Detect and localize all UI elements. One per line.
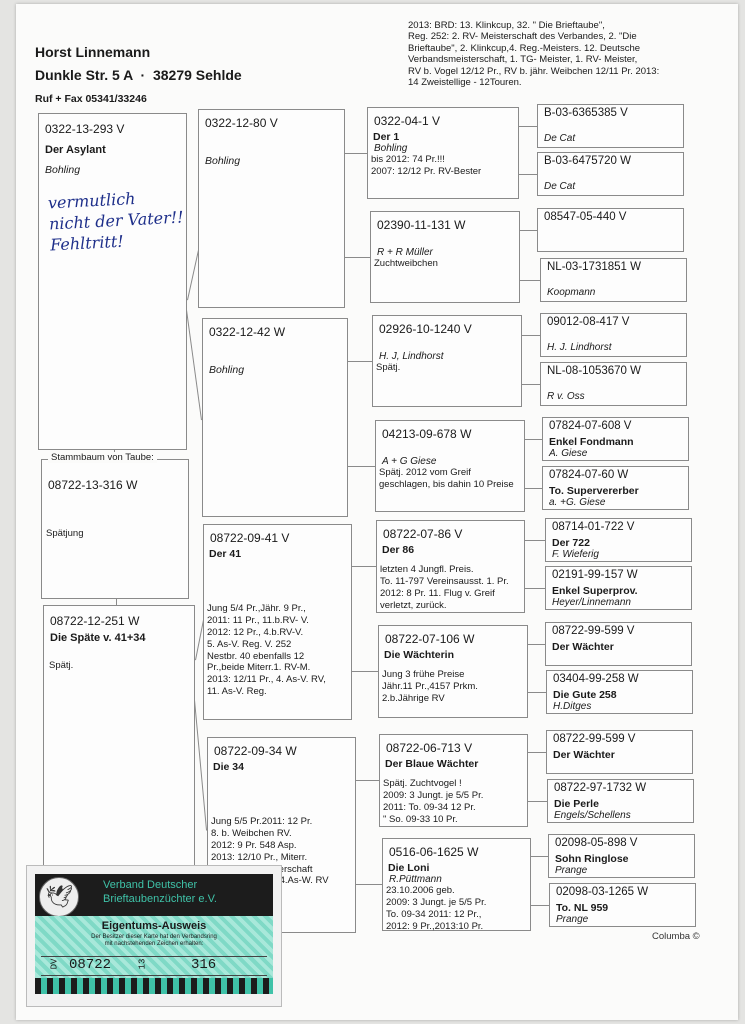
pigeon-name: Die Späte v. 41+34: [50, 632, 146, 644]
card-body: Eigentums-Ausweis Der Besitzer dieser Ka…: [35, 916, 273, 994]
pedigree-box[interactable]: 07824-07-608 VEnkel FondmannA. Giese: [542, 417, 689, 461]
connector-line: [348, 466, 375, 467]
pigeon-name: Die 34: [213, 761, 244, 773]
pigeon-notes: Spätjung: [46, 528, 84, 540]
footer-credit: Columba ©: [652, 931, 700, 942]
breeder-name: De Cat: [544, 181, 575, 192]
pedigree-box[interactable]: 08722-99-599 VDer Wächter: [545, 622, 692, 666]
breeder-name: Koopmann: [547, 287, 595, 298]
breeder-name: H.Ditges: [553, 701, 591, 712]
card-year: 13: [137, 959, 147, 970]
ring-number: NL-03-1731851 W: [547, 261, 641, 273]
breeder-name: Engels/Schellens: [554, 810, 631, 821]
connector-line: [345, 257, 370, 258]
connector-line: [352, 671, 378, 672]
ring-number: 02390-11-131 W: [377, 218, 466, 232]
pedigree-box[interactable]: 0516-06-1625 WDie LoniR.Püttmann23.10.20…: [382, 838, 531, 931]
ring-number: 08722-13-316 W: [48, 478, 137, 492]
pigeon-name: Der Asylant: [45, 144, 106, 156]
pedigree-box[interactable]: 04213-09-678 WA + G GieseSpätj. 2012 vom…: [375, 420, 525, 512]
pedigree-box[interactable]: NL-08-1053670 WR v. Oss: [540, 362, 687, 406]
pedigree-box[interactable]: 02098-05-898 VSohn RinglosePrange: [548, 834, 695, 878]
ring-number: 07824-07-60 W: [549, 469, 628, 481]
pigeon-name: Enkel Fondmann: [549, 436, 634, 448]
ring-number: 08722-06-713 V: [386, 741, 472, 755]
pedigree-box[interactable]: 07824-07-60 WTo. Supervererbera. +G. Gie…: [542, 466, 689, 510]
ring-number: 03404-99-258 W: [553, 673, 639, 685]
ring-number: 0516-06-1625 W: [389, 845, 478, 859]
pedigree-box[interactable]: 08547-05-440 V: [537, 208, 684, 252]
breeder-name: H. J, Lindhorst: [379, 351, 443, 362]
card-organization: Verband Deutscher Brieftaubenzüchter e.V…: [103, 878, 217, 907]
ring-number: 0322-13-293 V: [45, 122, 124, 136]
pigeon-name: Die Perle: [554, 798, 599, 810]
connector-line: [522, 335, 540, 336]
pedigree-box[interactable]: 02390-11-131 WR + R MüllerZuchtweibchen: [370, 211, 520, 303]
pedigree-box[interactable]: 02191-99-157 WEnkel Superprov.Heyer/Linn…: [545, 566, 692, 610]
card-prefix: DV: [49, 959, 59, 970]
pedigree-box[interactable]: 0322-12-42 WBohling: [202, 318, 348, 517]
breeder-name: Bohling: [209, 364, 244, 376]
pigeon-name: To. NL 959: [556, 902, 608, 914]
pedigree-box[interactable]: 02098-03-1265 WTo. NL 959Prange: [549, 883, 696, 927]
pedigree-box[interactable]: 08722-06-713 VDer Blaue WächterSpätj. Zu…: [379, 734, 528, 827]
card-pattern-band: [35, 978, 273, 994]
ring-number: 08547-05-440 V: [544, 211, 626, 223]
handwritten-note: vermutlich nicht der Vater!! Fehltritt!: [47, 187, 185, 256]
pigeon-icon: 🕊: [39, 877, 79, 917]
ring-number: 08722-09-41 V: [210, 531, 289, 545]
pigeon-notes: 23.10.2006 geb. 2009: 3 Jungt. je 5/5 Pr…: [386, 885, 486, 933]
sire-box[interactable]: 0322-13-293 V Der Asylant Bohling vermut…: [38, 113, 187, 450]
connector-line: [352, 566, 376, 567]
dam-box[interactable]: 08722-12-251 W Die Späte v. 41+34 Spätj.: [43, 605, 195, 875]
pedigree-box[interactable]: 08714-01-722 VDer 722F. Wieferig: [545, 518, 692, 562]
pigeon-name: Der Wächter: [553, 749, 615, 761]
connector-line: [528, 752, 546, 753]
ring-number: 0322-12-80 V: [205, 116, 278, 130]
ownership-card: 🕊 Verband Deutscher Brieftaubenzüchter e…: [26, 865, 282, 1007]
pedigree-box[interactable]: 08722-07-86 VDer 86letzten 4 Jungfl. Pre…: [376, 520, 525, 613]
connector-line: [528, 644, 545, 645]
connector-line: [519, 174, 537, 175]
ring-number: 02191-99-157 W: [552, 569, 638, 581]
pigeon-name: Der Blaue Wächter: [385, 758, 478, 770]
card-header: 🕊 Verband Deutscher Brieftaubenzüchter e…: [35, 874, 273, 916]
ring-number: 0322-12-42 W: [209, 325, 285, 339]
ring-number: 04213-09-678 W: [382, 427, 471, 441]
connector-line: [525, 439, 542, 440]
breeder-name: H. J. Lindhorst: [547, 342, 611, 353]
breeder-name: Bohling: [45, 164, 80, 176]
ring-number: 07824-07-608 V: [549, 420, 631, 432]
ring-number: 08722-12-251 W: [50, 614, 139, 628]
breeder-name: Bohling: [374, 143, 407, 154]
pedigree-box[interactable]: NL-03-1731851 WKoopmann: [540, 258, 687, 302]
pedigree-box[interactable]: 08722-09-41 VDer 41Jung 5/4 Pr.,Jähr. 9 …: [203, 524, 352, 720]
breeder-name: Heyer/Linnemann: [552, 597, 631, 608]
ring-number: B-03-6365385 V: [544, 107, 628, 119]
pedigree-box[interactable]: 09012-08-417 VH. J. Lindhorst: [540, 313, 687, 357]
pedigree-box[interactable]: 03404-99-258 WDie Gute 258H.Ditges: [546, 670, 693, 714]
pedigree-box[interactable]: 02926-10-1240 VH. J, LindhorstSpätj.: [372, 315, 522, 407]
connector-line: [528, 801, 547, 802]
connector-line: [531, 856, 548, 857]
ring-number: 08722-99-599 V: [552, 625, 634, 637]
owner-phone: Ruf + Fax 05341/33246: [35, 93, 147, 105]
pigeon-name: Der 86: [382, 544, 414, 556]
connector-line: [525, 488, 542, 489]
card-title: Eigentums-Ausweis: [35, 920, 273, 932]
pedigree-box[interactable]: 0322-04-1 VDer 1Bohlingbis 2012: 74 Pr.!…: [367, 107, 519, 199]
connector-line: [520, 230, 537, 231]
subject-label: Stammbaum von Taube:: [48, 452, 157, 463]
pedigree-box[interactable]: 0322-12-80 VBohling: [198, 109, 345, 308]
pedigree-box[interactable]: B-03-6365385 VDe Cat: [537, 104, 684, 148]
achievements-text: 2013: BRD: 13. Klinkcup, 32. " Die Brief…: [408, 20, 708, 88]
pigeon-name: Der 1: [373, 131, 399, 143]
pigeon-notes: Spätj.: [49, 660, 73, 672]
connector-line: [525, 588, 545, 589]
breeder-name: A. Giese: [549, 448, 587, 459]
ring-number: B-03-6475720 W: [544, 155, 631, 167]
pedigree-box[interactable]: 08722-99-599 VDer Wächter: [546, 730, 693, 774]
pigeon-notes: Spätj. Zuchtvogel ! 2009: 3 Jungt. je 5/…: [383, 778, 483, 826]
pedigree-box[interactable]: 08722-07-106 WDie WächterinJung 3 frühe …: [378, 625, 528, 718]
pedigree-box[interactable]: B-03-6475720 WDe Cat: [537, 152, 684, 196]
pedigree-box[interactable]: 08722-97-1732 WDie PerleEngels/Schellens: [547, 779, 694, 823]
pigeon-name: Enkel Superprov.: [552, 585, 638, 597]
breeder-name: F. Wieferig: [552, 549, 599, 560]
connector-line: [520, 280, 540, 281]
ring-number: 08722-09-34 W: [214, 744, 297, 758]
breeder-name: R v. Oss: [547, 391, 585, 402]
subject-box[interactable]: 08722-13-316 W Spätjung: [41, 459, 189, 599]
pigeon-name: Die Wächterin: [384, 649, 454, 661]
ring-number: NL-08-1053670 W: [547, 365, 641, 377]
connector-line: [356, 780, 379, 781]
connector-line: [356, 884, 382, 885]
breeder-name: Bohling: [205, 155, 240, 167]
card-ring-number: DV 08722 13 316: [41, 956, 267, 976]
card-number: 316: [191, 957, 216, 973]
ring-number: 02098-03-1265 W: [556, 886, 648, 898]
ring-number: 08722-07-86 V: [383, 527, 462, 541]
pigeon-name: Der 41: [209, 548, 241, 560]
pigeon-name: To. Supervererber: [549, 485, 639, 497]
pigeon-name: Die Gute 258: [553, 689, 617, 701]
pigeon-notes: Zuchtweibchen: [374, 258, 438, 270]
owner-address: Dunkle Str. 5 A · 38279 Sehlde: [35, 67, 242, 83]
breeder-name: a. +G. Giese: [549, 497, 605, 508]
pigeon-notes: Spätj.: [376, 362, 400, 374]
pigeon-name: Der Wächter: [552, 641, 614, 653]
connector-line: [522, 384, 540, 385]
connector-line: [348, 361, 372, 362]
connector-line: [519, 126, 537, 127]
pigeon-notes: Jung 5/4 Pr.,Jähr. 9 Pr., 2011: 11 Pr., …: [207, 603, 326, 698]
ring-number: 02926-10-1240 V: [379, 322, 472, 336]
breeder-name: R.Püttmann: [389, 874, 442, 885]
ring-number: 08722-07-106 W: [385, 632, 474, 646]
ring-number: 02098-05-898 V: [555, 837, 637, 849]
breeder-name: R + R Müller: [377, 247, 433, 258]
pigeon-notes: Jung 3 frühe Preise Jähr.11 Pr.,4157 Prk…: [382, 669, 478, 705]
breeder-name: Prange: [556, 914, 588, 925]
connector-line: [528, 692, 546, 693]
pigeon-notes: Spätj. 2012 vom Greif geschlagen, bis da…: [379, 467, 514, 491]
ring-number: 0322-04-1 V: [374, 114, 440, 128]
pigeon-notes: letzten 4 Jungfl. Preis. To. 11-797 Vere…: [380, 564, 509, 612]
owner-name: Horst Linnemann: [35, 44, 150, 60]
ring-number: 08714-01-722 V: [552, 521, 634, 533]
connector-line: [525, 540, 545, 541]
pigeon-name: Der 722: [552, 537, 590, 549]
pigeon-name: Die Loni: [388, 862, 429, 874]
card-club: 08722: [69, 957, 111, 973]
pigeon-name: Sohn Ringlose: [555, 853, 629, 865]
ring-number: 08722-99-599 V: [553, 733, 635, 745]
pigeon-notes: bis 2012: 74 Pr.!!! 2007: 12/12 Pr. RV-B…: [371, 154, 481, 178]
ring-number: 09012-08-417 V: [547, 316, 629, 328]
ring-number: 08722-97-1732 W: [554, 782, 646, 794]
connector-line: [345, 153, 367, 154]
card-text: Der Besitzer dieser Karte hat den Verban…: [35, 934, 273, 948]
breeder-name: A + G Giese: [382, 456, 436, 467]
breeder-name: De Cat: [544, 133, 575, 144]
connector-line: [531, 905, 549, 906]
breeder-name: Prange: [555, 865, 587, 876]
